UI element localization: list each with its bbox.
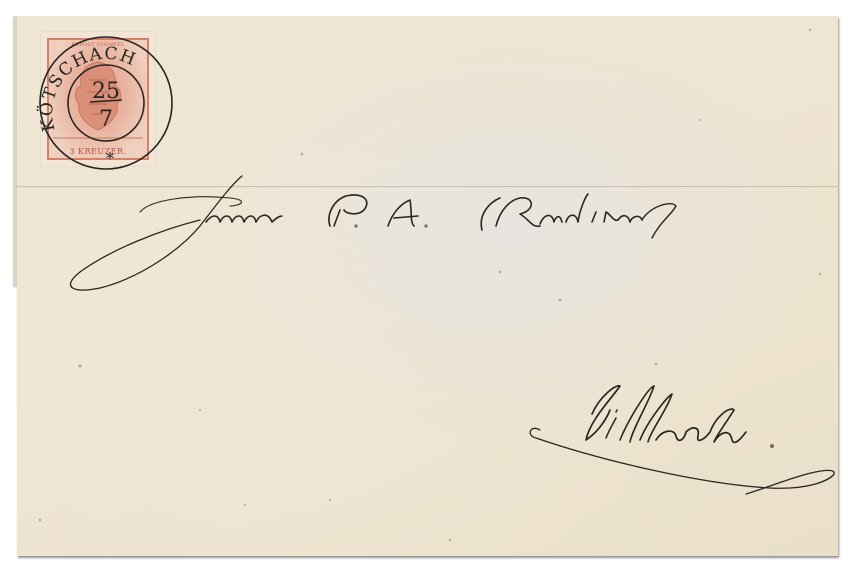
recipient-handwriting: P. A. Radivof <box>329 194 676 238</box>
postmark: KÖTSCHACH 25 7 * <box>36 37 172 169</box>
destination-handwriting: Villach. <box>530 386 834 494</box>
postmark-town: KÖTSCHACH <box>36 44 140 134</box>
postmark-star-icon: * <box>106 149 114 168</box>
salutation-handwriting: Herrn <box>70 176 282 290</box>
postmark-month: 7 <box>99 107 113 132</box>
paper-foxing-spots <box>39 29 821 541</box>
ink-layer: KÖTSCHACH 25 7 * Herrn P. A. Radivof Vil… <box>0 0 850 573</box>
